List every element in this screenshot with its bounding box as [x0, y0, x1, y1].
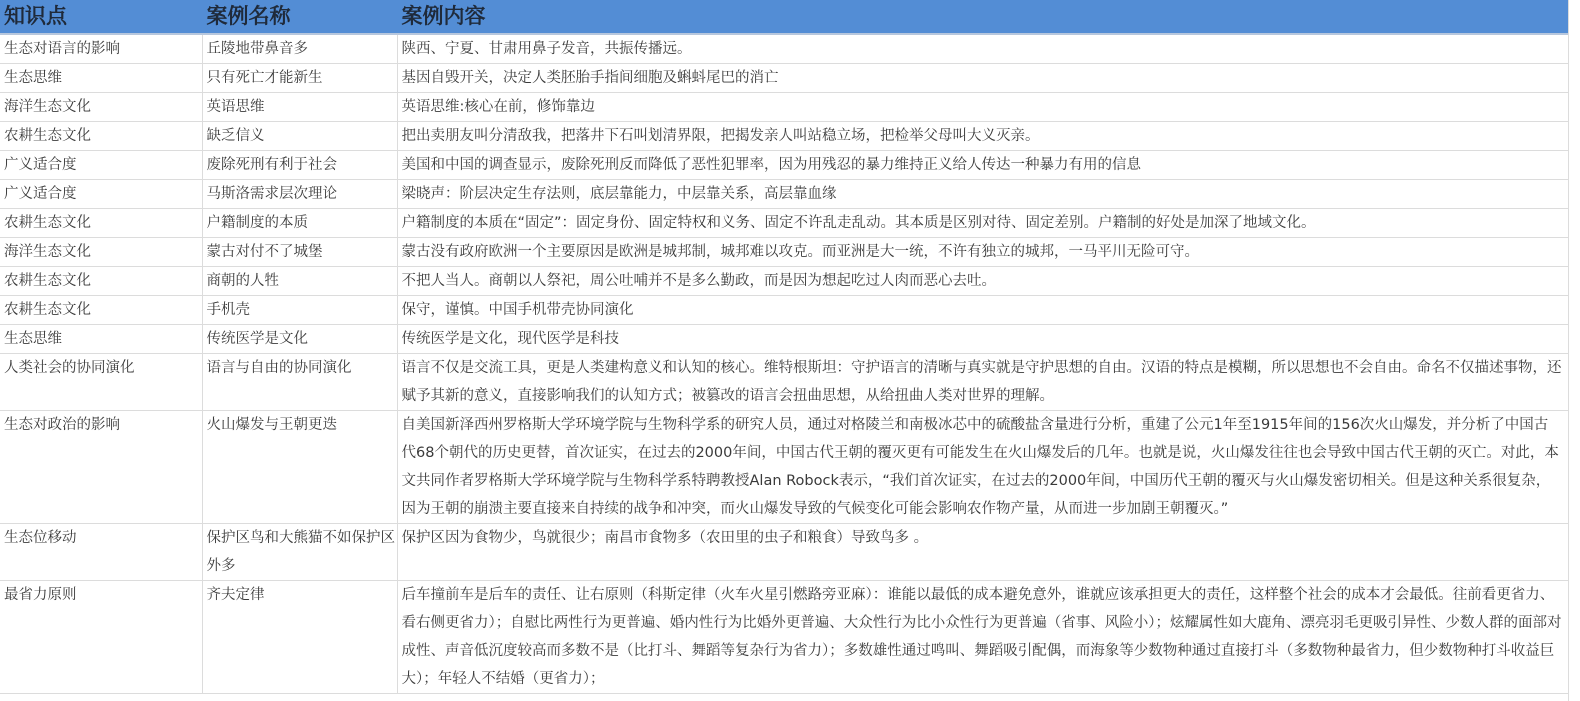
cell-case-content[interactable]: 传统医学是文化，现代医学是科技	[397, 325, 1568, 354]
cell-case-content[interactable]: 基因自毁开关，决定人类胚胎手指间细胞及蝌蚪尾巴的消亡	[397, 64, 1568, 93]
cell-case-content[interactable]: 陕西、宁夏、甘肃用鼻子发音，共振传播远。	[397, 34, 1568, 64]
cell-case-content[interactable]: 蒙古没有政府欧洲一个主要原因是欧洲是城邦制，城邦难以攻克。而亚洲是大一统，不许有…	[397, 238, 1568, 267]
cell-case-content[interactable]: 后车撞前车是后车的责任、让右原则（科斯定律（火车火星引燃路旁亚麻）：谁能以最低的…	[397, 581, 1568, 694]
cell-knowledge-point[interactable]: 农耕生态文化	[0, 296, 202, 325]
table-row: 生态位移动 保护区鸟和大熊猫不如保护区外多 保护区因为食物少，鸟就很少；南昌市食…	[0, 524, 1568, 581]
cell-case-name[interactable]: 手机壳	[202, 296, 397, 325]
cell-knowledge-point[interactable]: 农耕生态文化	[0, 122, 202, 151]
cell-case-name[interactable]: 火山爆发与王朝更迭	[202, 411, 397, 524]
cell-case-name[interactable]: 废除死刑有利于社会	[202, 151, 397, 180]
table-row: 人类社会的协同演化 语言与自由的协同演化 语言不仅是交流工具，更是人类建构意义和…	[0, 354, 1568, 411]
cell-knowledge-point[interactable]: 最省力原则	[0, 581, 202, 694]
cell-case-content[interactable]: 梁晓声：阶层决定生存法则，底层靠能力，中层靠关系，高层靠血缘	[397, 180, 1568, 209]
table-row: 广义适合度 马斯洛需求层次理论 梁晓声：阶层决定生存法则，底层靠能力，中层靠关系…	[0, 180, 1568, 209]
header-knowledge-point[interactable]: 知识点	[0, 0, 202, 34]
table-row: 海洋生态文化 英语思维 英语思维:核心在前，修饰靠边	[0, 93, 1568, 122]
header-case-content[interactable]: 案例内容	[397, 0, 1568, 34]
cell-case-content[interactable]: 语言不仅是交流工具，更是人类建构意义和认知的核心。维特根斯坦：守护语言的清晰与真…	[397, 354, 1568, 411]
cell-case-name[interactable]: 保护区鸟和大熊猫不如保护区外多	[202, 524, 397, 581]
cell-case-name[interactable]: 语言与自由的协同演化	[202, 354, 397, 411]
cell-knowledge-point[interactable]: 生态对语言的影响	[0, 34, 202, 64]
cell-case-name[interactable]: 齐夫定律	[202, 581, 397, 694]
cell-case-content[interactable]: 户籍制度的本质在“固定”：固定身份、固定特权和义务、固定不许乱走乱动。其本质是区…	[397, 209, 1568, 238]
cell-knowledge-point[interactable]: 生态对政治的影响	[0, 411, 202, 524]
cell-case-content[interactable]: 美国和中国的调查显示，废除死刑反而降低了恶性犯罪率，因为用残忍的暴力维持正义给人…	[397, 151, 1568, 180]
cell-case-name[interactable]: 商朝的人牲	[202, 267, 397, 296]
cell-case-name[interactable]: 马斯洛需求层次理论	[202, 180, 397, 209]
cell-knowledge-point[interactable]: 海洋生态文化	[0, 93, 202, 122]
cell-case-name[interactable]: 丘陵地带鼻音多	[202, 34, 397, 64]
cell-case-name[interactable]: 户籍制度的本质	[202, 209, 397, 238]
cell-case-name[interactable]: 只有死亡才能新生	[202, 64, 397, 93]
table-row: 生态对政治的影响 火山爆发与王朝更迭 自美国新泽西州罗格斯大学环境学院与生物科学…	[0, 411, 1568, 524]
table-row: 生态思维 只有死亡才能新生 基因自毁开关，决定人类胚胎手指间细胞及蝌蚪尾巴的消亡	[0, 64, 1568, 93]
cell-case-content[interactable]: 保守，谨慎。中国手机带壳协同演化	[397, 296, 1568, 325]
sheet-right-border	[1568, 0, 1569, 701]
cell-case-content[interactable]: 自美国新泽西州罗格斯大学环境学院与生物科学系的研究人员，通过对格陵兰和南极冰芯中…	[397, 411, 1568, 524]
cell-case-content[interactable]: 英语思维:核心在前，修饰靠边	[397, 93, 1568, 122]
cell-case-name[interactable]: 蒙古对付不了城堡	[202, 238, 397, 267]
table-row: 广义适合度 废除死刑有利于社会 美国和中国的调查显示，废除死刑反而降低了恶性犯罪…	[0, 151, 1568, 180]
table-row: 生态思维 传统医学是文化 传统医学是文化，现代医学是科技	[0, 325, 1568, 354]
cell-knowledge-point[interactable]: 农耕生态文化	[0, 267, 202, 296]
table-row: 农耕生态文化 手机壳 保守，谨慎。中国手机带壳协同演化	[0, 296, 1568, 325]
table-row: 农耕生态文化 商朝的人牲 不把人当人。商朝以人祭祀，周公吐哺并不是多么勤政，而是…	[0, 267, 1568, 296]
cell-knowledge-point[interactable]: 海洋生态文化	[0, 238, 202, 267]
cell-knowledge-point[interactable]: 生态位移动	[0, 524, 202, 581]
cell-case-content[interactable]: 把出卖朋友叫分清敌我，把落井下石叫划清界限，把揭发亲人叫站稳立场，把检举父母叫大…	[397, 122, 1568, 151]
cell-case-content[interactable]: 不把人当人。商朝以人祭祀，周公吐哺并不是多么勤政，而是因为想起吃过人肉而恶心去吐…	[397, 267, 1568, 296]
knowledge-case-table: 知识点 案例名称 案例内容 生态对语言的影响 丘陵地带鼻音多 陕西、宁夏、甘肃用…	[0, 0, 1569, 694]
cell-case-name[interactable]: 传统医学是文化	[202, 325, 397, 354]
cell-case-name[interactable]: 缺乏信义	[202, 122, 397, 151]
header-case-name[interactable]: 案例名称	[202, 0, 397, 34]
table-row: 农耕生态文化 户籍制度的本质 户籍制度的本质在“固定”：固定身份、固定特权和义务…	[0, 209, 1568, 238]
table-row: 农耕生态文化 缺乏信义 把出卖朋友叫分清敌我，把落井下石叫划清界限，把揭发亲人叫…	[0, 122, 1568, 151]
cell-knowledge-point[interactable]: 农耕生态文化	[0, 209, 202, 238]
table-row: 生态对语言的影响 丘陵地带鼻音多 陕西、宁夏、甘肃用鼻子发音，共振传播远。	[0, 34, 1568, 64]
cell-knowledge-point[interactable]: 人类社会的协同演化	[0, 354, 202, 411]
cell-knowledge-point[interactable]: 广义适合度	[0, 151, 202, 180]
cell-knowledge-point[interactable]: 广义适合度	[0, 180, 202, 209]
cell-knowledge-point[interactable]: 生态思维	[0, 64, 202, 93]
cell-knowledge-point[interactable]: 生态思维	[0, 325, 202, 354]
cell-case-content[interactable]: 保护区因为食物少，鸟就很少；南昌市食物多（农田里的虫子和粮食）导致鸟多 。	[397, 524, 1568, 581]
cell-case-name[interactable]: 英语思维	[202, 93, 397, 122]
header-row: 知识点 案例名称 案例内容	[0, 0, 1568, 34]
table-row: 海洋生态文化 蒙古对付不了城堡 蒙古没有政府欧洲一个主要原因是欧洲是城邦制，城邦…	[0, 238, 1568, 267]
table-row: 最省力原则 齐夫定律 后车撞前车是后车的责任、让右原则（科斯定律（火车火星引燃路…	[0, 581, 1568, 694]
